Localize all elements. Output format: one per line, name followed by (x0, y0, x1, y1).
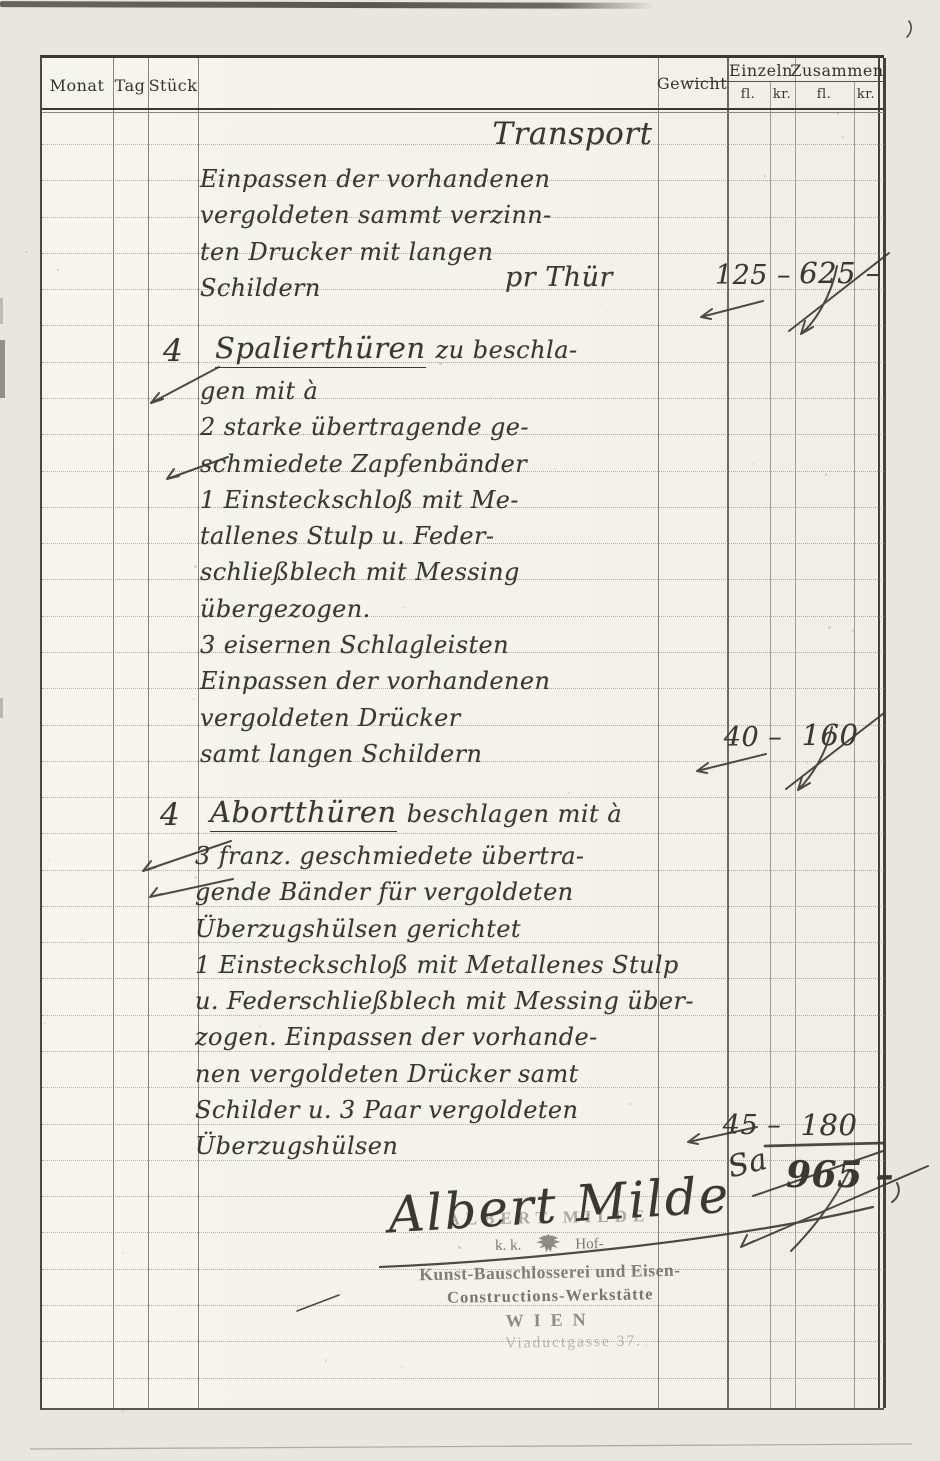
handwritten-line: samt langen Schildern (200, 736, 670, 772)
speck (256, 488, 258, 490)
paper-bottom-edge (30, 1444, 912, 1449)
amount-einzeln-entry2: 45 – (710, 1110, 794, 1141)
handwritten-line: 1 Einsteckschloß mit Me- (200, 482, 670, 518)
column-header-einzeln-fl: fl. (741, 87, 756, 102)
stamp-line1: Kunst-Bauschlosserei und Eisen- (400, 1259, 700, 1285)
entry-title-rest: zu beschla- (436, 336, 578, 364)
stamp-kk: k. k. (495, 1237, 522, 1254)
speck (25, 251, 27, 253)
ruled-line (42, 325, 884, 326)
scan-edge-artifact (0, 1, 655, 9)
handwritten-line: 3 franz. geschmiedete übertra- (195, 838, 675, 874)
sum-total: 965 – (786, 1154, 894, 1196)
edge-smudge (0, 298, 3, 324)
speck (205, 245, 207, 247)
ruled-line (42, 833, 884, 834)
carryover-heading: Transport (465, 116, 680, 152)
handwritten-line: Einpassen der vorhandenen (200, 663, 670, 699)
column-header-einzeln: Einzeln (729, 61, 793, 80)
column-header-zusammen-kr: kr. (857, 87, 875, 102)
stamp-hof: Hof- (575, 1236, 604, 1253)
entry-quantity: 4 (160, 797, 180, 833)
handwritten-line: vergoldeten sammt verzinn- (200, 197, 665, 233)
entry-title: Abortthürenbeschlagen mit à (210, 795, 622, 829)
speck (194, 565, 197, 568)
carryover-unit-note: pr Thür (505, 262, 613, 293)
amount-zusammen-carryover: 625 – (796, 256, 884, 290)
column-header-stueck: Stück (149, 76, 198, 95)
column-header-tag: Tag (115, 76, 146, 95)
handwritten-line: Überzugshülsen (195, 1128, 675, 1164)
column-header-zusammen: Zusammen (790, 61, 883, 80)
column-header-monat: Monat (50, 76, 105, 95)
speck (121, 1410, 124, 1413)
edge-smudge (0, 698, 3, 718)
handwritten-line: vergoldeten Drücker (200, 700, 670, 736)
entry-quantity: 4 (163, 333, 183, 369)
speck (116, 455, 118, 457)
entry-title-rest: beschlagen mit à (407, 800, 622, 828)
entry-title-word: Spalierthüren (215, 331, 426, 368)
amount-einzeln-carryover: 125 – (712, 260, 794, 291)
amount-zusammen-entry1: 160 (795, 718, 865, 752)
header-rule (42, 108, 884, 110)
handwritten-line: schmiedete Zapfenbänder (200, 446, 670, 482)
handwritten-line: 3 eisernen Schlagleisten (200, 627, 670, 663)
column-header-gewicht: Gewicht (657, 74, 727, 93)
handwritten-line: nen vergoldeten Drücker samt (195, 1056, 675, 1092)
speck (286, 286, 289, 289)
handwritten-line: Schilder u. 3 Paar vergoldeten (195, 1092, 675, 1128)
handwritten-line: übergezogen. (200, 591, 670, 627)
ruled-line (42, 144, 884, 145)
handwritten-line: tallenes Stulp u. Feder- (200, 518, 670, 554)
column-rule-stueck-text (198, 58, 199, 1408)
amount-einzeln-entry1: 40 – (712, 722, 794, 753)
speck (490, 396, 491, 397)
imperial-eagle-icon (535, 1233, 561, 1258)
handwritten-line: schließblech mit Messing (200, 554, 670, 590)
stamp-city: WIEN (401, 1307, 701, 1333)
speck (837, 112, 839, 114)
column-header-zusammen-fl: fl. (817, 87, 832, 102)
pen-mark (907, 21, 911, 37)
amount-zusammen-entry2: 180 (793, 1108, 865, 1142)
handwritten-line: 2 starke übertragende ge- (200, 409, 670, 445)
header-rule-thin (42, 112, 884, 113)
column-rule-tag-stueck (148, 58, 149, 1408)
speck (645, 1345, 647, 1347)
speck (57, 269, 59, 271)
stamp-line2: Constructions-Werkstätte (400, 1283, 700, 1308)
entry-paragraph: gen mit à2 starke übertragende ge-schmie… (200, 373, 670, 772)
speck (786, 220, 788, 222)
column-header-einzeln-kr: kr. (773, 87, 791, 102)
speck (825, 473, 827, 475)
ruled-line (42, 1378, 884, 1379)
entry-title-word: Abortthüren (210, 795, 397, 832)
handwritten-line: u. Federschließblech mit Messing über- (195, 983, 675, 1019)
speck (418, 1223, 420, 1225)
scanned-ledger-page: { "table_header": { "monat": "Monat", "t… (0, 0, 940, 1461)
handwritten-line: Einpassen der vorhandenen (200, 161, 665, 197)
column-rule-monat-tag (113, 58, 114, 1408)
speck (15, 523, 16, 524)
handwritten-line: Überzugshülsen gerichtet (195, 911, 675, 947)
handwritten-line: zogen. Einpassen der vorhande- (195, 1019, 675, 1055)
speck (80, 939, 81, 940)
entry-title: Spalierthürenzu beschla- (215, 331, 578, 365)
speck (852, 629, 854, 631)
handwritten-line: 1 Einsteckschloß mit Metallenes Stulp (195, 947, 675, 983)
entry-paragraph: 3 franz. geschmiedete übertra-gende Bänd… (195, 838, 675, 1165)
handwritten-line: gen mit à (200, 373, 670, 409)
handwritten-line: gende Bänder für vergoldeten (195, 874, 675, 910)
speck (924, 830, 925, 831)
speck (259, 1025, 262, 1028)
speck (849, 1177, 852, 1180)
speck (419, 213, 422, 216)
edge-smudge (0, 340, 5, 398)
